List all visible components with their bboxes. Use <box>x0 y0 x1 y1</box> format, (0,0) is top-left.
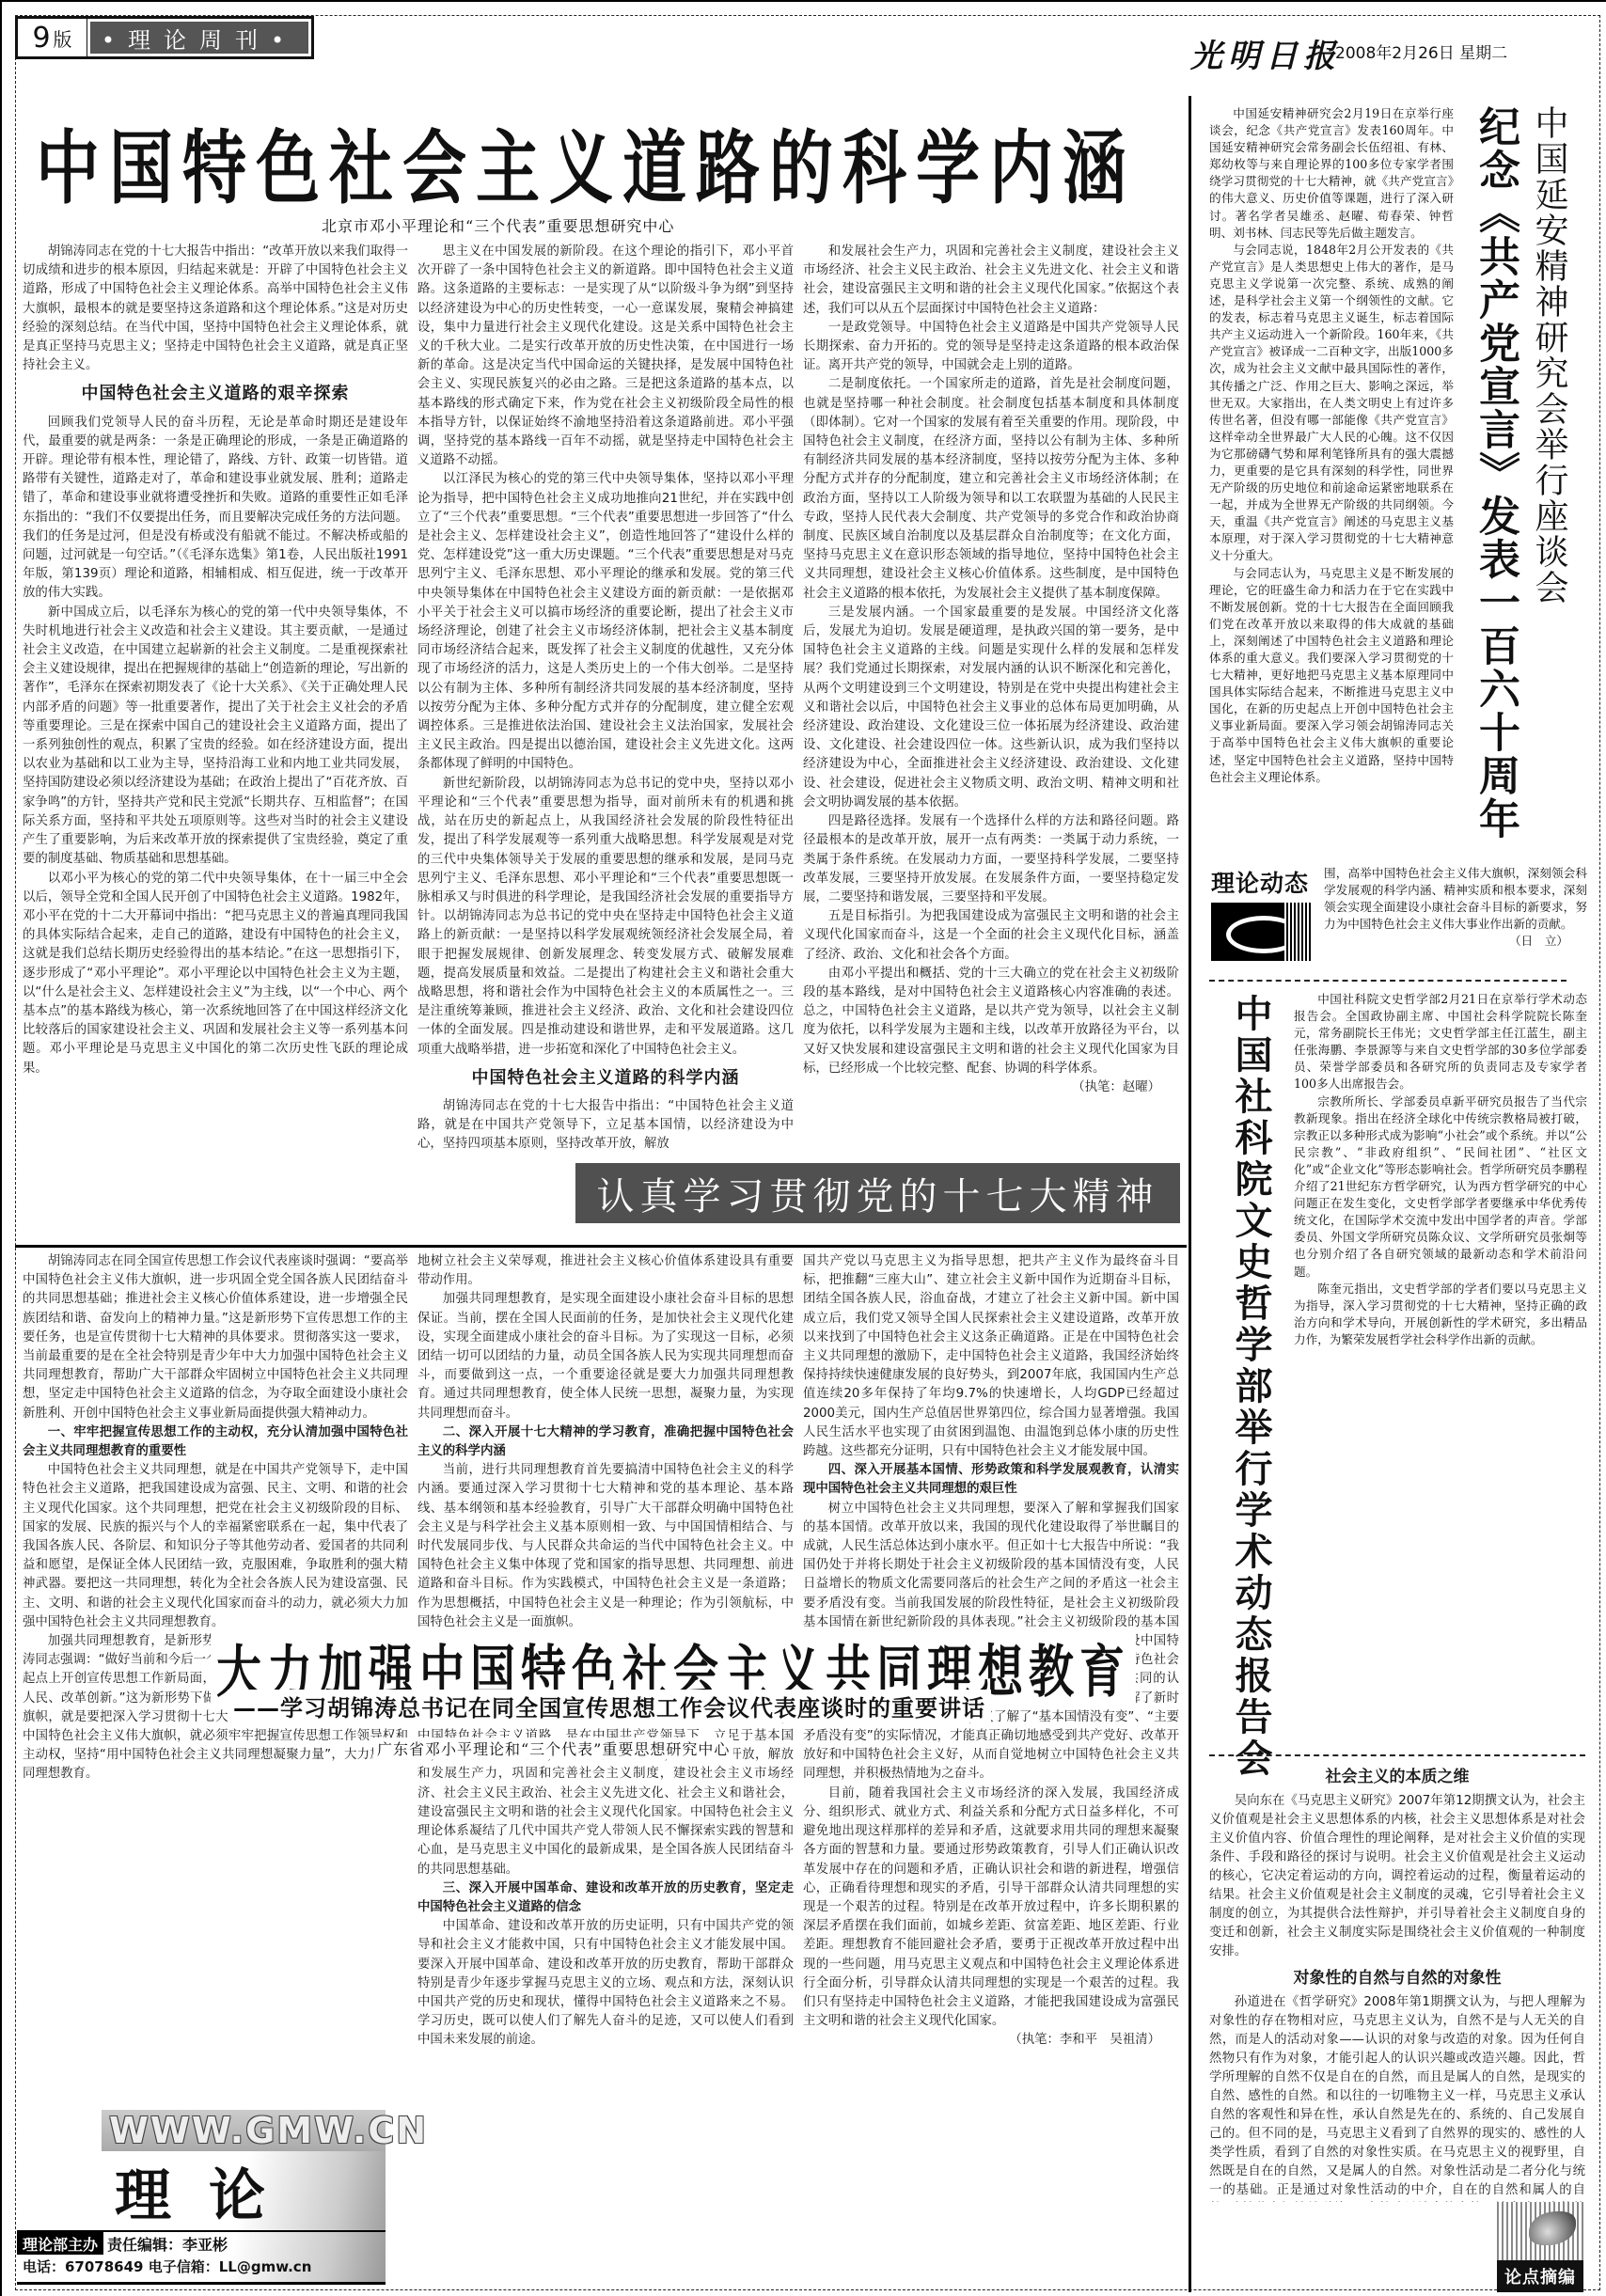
second-subtitle: ——学习胡锦涛总书记在同全国宣传思想工作会议代表座谈时的重要讲话 <box>228 1690 991 1722</box>
author-credit: （执笔：赵曜） <box>803 1078 1179 1097</box>
dashed-divider <box>1209 980 1567 982</box>
newspaper-page: 9版 •理论周刊• 光明日报 2008年2月26日 星期二 中国特色社会主义道路… <box>0 0 1606 2296</box>
study-banner: 认真学习贯彻党的十七大精神 <box>575 1163 1180 1223</box>
news2-body: 中国社科院文史哲学部2月21日在京举行学术动态报告会。全国政协副主席、中国社会科… <box>1294 991 1587 1753</box>
issue-date: 2008年2月26日 星期二 <box>1335 39 1507 63</box>
swirl-graphic-icon <box>1211 903 1313 961</box>
author-credit: （执笔：李和平 吴祖清） <box>803 2031 1179 2050</box>
section-heading: 中国特色社会主义道路的科学内涵 <box>417 1069 794 1088</box>
digest-title-2: 对象性的自然与自然的对象性 <box>1209 1969 1585 1988</box>
newspaper-logo: 光明日报 <box>1190 30 1341 76</box>
badge-label: 理论动态 <box>1211 865 1320 899</box>
digest-badge-label: 论点摘编 <box>1497 2260 1583 2292</box>
news1-main-title: 纪念《共产党宣言》发表一百六十周年 <box>1465 105 1525 841</box>
leaf-icon <box>1497 2202 1583 2260</box>
section-divider <box>15 1245 1187 1248</box>
lead-column-1: 胡锦涛同志在党的十七大报告中指出：“改革开放以来我们取得一切成绩和进步的根本原因… <box>23 243 408 1239</box>
section-label: •理论周刊• <box>90 22 308 54</box>
host-tag: 理论部主办 <box>17 2232 103 2255</box>
dashed-divider <box>1209 1754 1585 1756</box>
theory-dynamics-badge: 理论动态 <box>1211 865 1320 963</box>
section-logo: WWW.GMW.CN 理论 理论部主办 责任编辑：李亚彬 电话：67078649… <box>17 2110 386 2285</box>
second-column-3: 国共产党以马克思主义为指导思想，把共产主义作为最终奋斗目标，把推翻“三座大山”、… <box>803 1252 1179 2287</box>
lead-column-3: 和发展社会生产力，巩固和完善社会主义制度，建设社会主义市场经济、社会主义民主政治… <box>803 243 1179 1159</box>
digest-badge: 论点摘编 <box>1497 2202 1583 2290</box>
digest-body: 社会主义的本质之维 吴向东在《马克思主义研究》2007年第12期撰文认为，社会主… <box>1209 1760 1585 2202</box>
lead-byline: 北京市邓小平理论和“三个代表”重要思想研究中心 <box>322 214 674 236</box>
lead-column-2: 思主义在中国发展的新阶段。在这个理论的指引下，邓小平首次开辟了一条中国特色社会主… <box>417 243 794 1159</box>
section-heading: 中国特色社会主义道路的艰辛探索 <box>23 385 408 403</box>
digest-body-tail <box>1209 2202 1491 2290</box>
edition-box: 9版 •理论周刊• <box>15 16 314 59</box>
editor-line: 理论部主办 责任编辑：李亚彬 <box>17 2230 386 2255</box>
news1-kicker-title: 中国延安精神研究会举行座谈会 <box>1525 105 1573 605</box>
lead-headline: 中国特色社会主义道路的科学内涵 <box>36 105 1164 219</box>
section-name: 理论 <box>115 2151 303 2232</box>
news2-title: 中国社科院文史哲学部举行学术动态报告会 <box>1224 994 1278 1780</box>
edition-number: 9版 <box>18 19 87 56</box>
second-column-2: 地树立社会主义荣辱观，推进社会主义核心价值体系建设具有重要带动作用。 加强共同理… <box>417 1252 794 2287</box>
news1-body: 中国延安精神研究会2月19日在京举行座谈会，纪念《共产党宣言》发表160周年。中… <box>1209 105 1454 857</box>
editor-name: 责任编辑：李亚彬 <box>107 2233 228 2255</box>
author-credit: （日 立） <box>1324 933 1587 950</box>
second-byline: 广东省邓小平理论和“三个代表”重要思想研究中心 <box>373 1738 733 1759</box>
contact-info: 电话：67078649 电子信箱：LL@gmw.cn <box>23 2257 311 2276</box>
news1-continuation <box>1209 844 1585 865</box>
website-link[interactable]: WWW.GMW.CN <box>102 2110 386 2151</box>
news1-tail: 围，高举中国特色社会主义伟大旗帜，深刻领会科学发展观的科学内涵、精神实质和根本要… <box>1324 865 1587 968</box>
digest-title-1: 社会主义的本质之维 <box>1209 1768 1585 1786</box>
